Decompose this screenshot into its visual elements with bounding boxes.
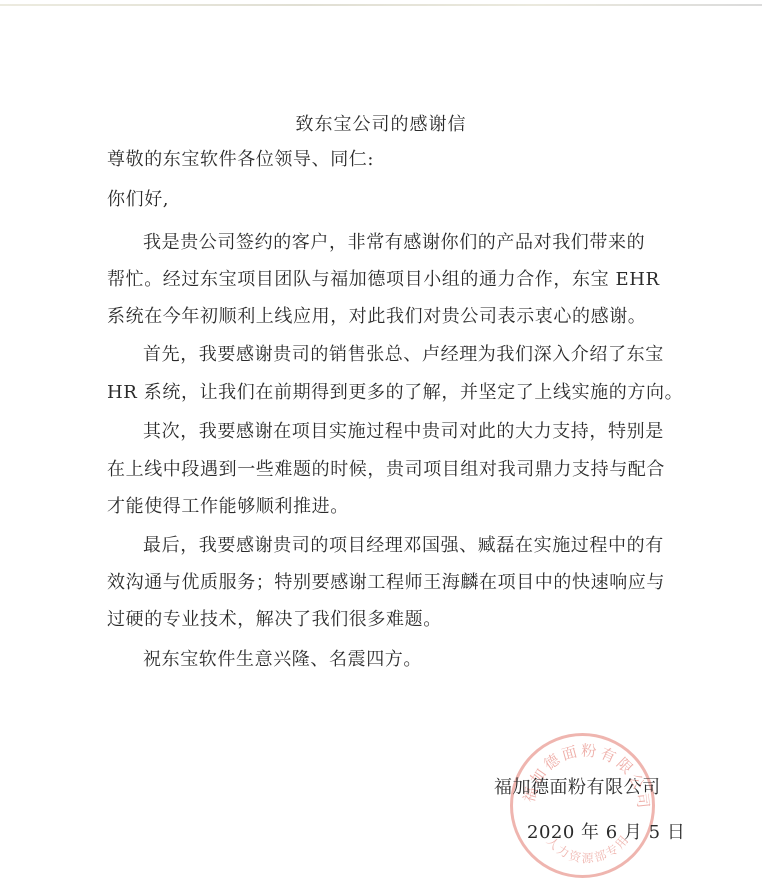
greeting: 你们好, bbox=[107, 188, 659, 212]
signature-company: 福加德面粉有限公司 bbox=[494, 773, 661, 799]
paragraph-3-line-2: 在上线中段遇到一些难题的时候，贵司项目组对我司鼎力支持与配合 bbox=[107, 458, 659, 482]
signature-date: 2020 年 6 月 5 日 bbox=[527, 818, 685, 844]
paragraph-2-line-2: HR 系统，让我们在前期得到更多的了解，并坚定了上线实施的方向。 bbox=[107, 381, 659, 405]
paragraph-3-line-1: 其次，我要感谢在项目实施过程中贵司对此的大力支持，特别是 bbox=[107, 420, 659, 444]
letter-page: 致东宝公司的感谢信 尊敬的东宝软件各位领导、同仁: 你们好, 我是贵公司签约的客… bbox=[0, 0, 762, 886]
paragraph-1-line-1: 我是贵公司签约的客户，非常有感谢你们的产品对我们带来的 bbox=[107, 231, 659, 255]
paragraph-2-line-1: 首先，我要感谢贵司的销售张总、卢经理为我们深入介绍了东宝 bbox=[107, 343, 659, 367]
seal-text-icon: 福加德面粉有限公司 人力资源部专用章 bbox=[513, 736, 658, 881]
paragraph-4-line-1: 最后，我要感谢贵司的项目经理邓国强、臧磊在实施过程中的有 bbox=[107, 534, 659, 558]
paragraph-4-line-2: 效沟通与优质服务；特别要感谢工程师王海麟在项目中的快速响应与 bbox=[107, 571, 659, 595]
paragraph-1-line-3: 系统在今年初顺利上线应用，对此我们对贵公司表示衷心的感谢。 bbox=[107, 305, 659, 329]
letter-title: 致东宝公司的感谢信 bbox=[0, 110, 762, 136]
closing-wish: 祝东宝软件生意兴隆、名震四方。 bbox=[107, 648, 659, 672]
company-seal-stamp: 福加德面粉有限公司 人力资源部专用章 bbox=[510, 733, 655, 878]
paragraph-3-line-3: 才能使得工作能够顺利推进。 bbox=[107, 495, 659, 519]
salutation: 尊敬的东宝软件各位领导、同仁: bbox=[107, 148, 659, 172]
paragraph-1-line-2: 帮忙。经过东宝项目团队与福加德项目小组的通力合作，东宝 EHR bbox=[107, 268, 659, 292]
paragraph-4-line-3: 过硬的专业技术，解决了我们很多难题。 bbox=[107, 608, 659, 632]
